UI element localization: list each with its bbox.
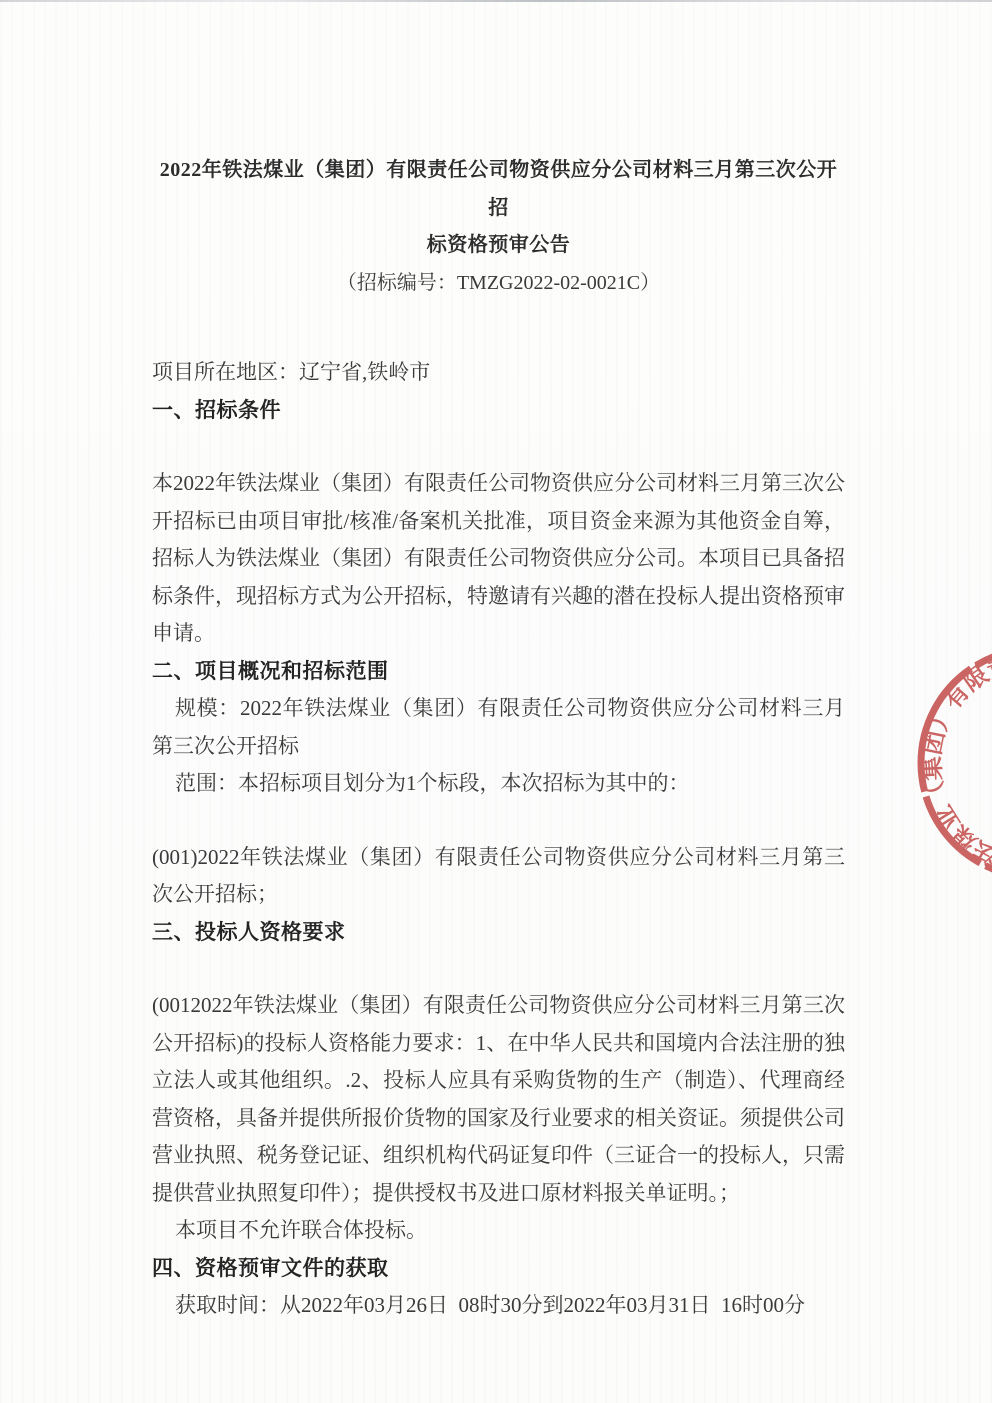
- scale-paragraph: 规模：2022年铁法煤业（集团）有限责任公司物资供应分公司材料三月第三次公开招标: [152, 690, 845, 765]
- tender-number-line: （招标编号：TMZG2022-02-0021C）: [152, 265, 845, 303]
- scope-paragraph: 范围：本招标项目划分为1个标段，本次招标为其中的：: [152, 765, 845, 803]
- section-heading-1: 一、招标条件: [152, 392, 845, 430]
- no-consortium-paragraph: 本项目不允许联合体投标。: [152, 1212, 845, 1250]
- document-page: 2022年铁法煤业（集团）有限责任公司物资供应分公司材料三月第三次公开招 标资格…: [0, 0, 992, 1403]
- qualification-paragraph: (0012022年铁法煤业（集团）有限责任公司物资供应分公司材料三月第三次公开招…: [152, 987, 845, 1212]
- section-heading-3: 三、投标人资格要求: [152, 914, 845, 952]
- section-heading-2: 二、项目概况和招标范围: [152, 653, 845, 691]
- scan-top-edge: [0, 0, 992, 2]
- document-title-line2: 标资格预审公告: [152, 227, 845, 265]
- document-body: 项目所在地区：辽宁省,铁岭市一、招标条件本2022年铁法煤业（集团）有限责任公司…: [152, 354, 845, 1325]
- section-heading-4: 四、资格预审文件的获取: [152, 1250, 845, 1288]
- project-location-line: 项目所在地区：辽宁省,铁岭市: [152, 354, 845, 392]
- seal-arc-text: 铁法煤业（集团）有限责任公司: [918, 645, 992, 879]
- obtain-time-paragraph: 获取时间：从2022年03月26日 08时30分到2022年03月31日 16时…: [152, 1287, 845, 1325]
- company-seal: 铁法煤业（集团）有限责任公司: [880, 608, 992, 928]
- lot-paragraph: (001)2022年铁法煤业（集团）有限责任公司物资供应分公司材料三月第三次公开…: [152, 839, 845, 914]
- document-header: 2022年铁法煤业（集团）有限责任公司物资供应分公司材料三月第三次公开招 标资格…: [152, 0, 845, 302]
- tender-conditions-paragraph: 本2022年铁法煤业（集团）有限责任公司物资供应分公司材料三月第三次公开招标已由…: [152, 465, 845, 653]
- document-title-line1: 2022年铁法煤业（集团）有限责任公司物资供应分公司材料三月第三次公开招: [152, 152, 845, 227]
